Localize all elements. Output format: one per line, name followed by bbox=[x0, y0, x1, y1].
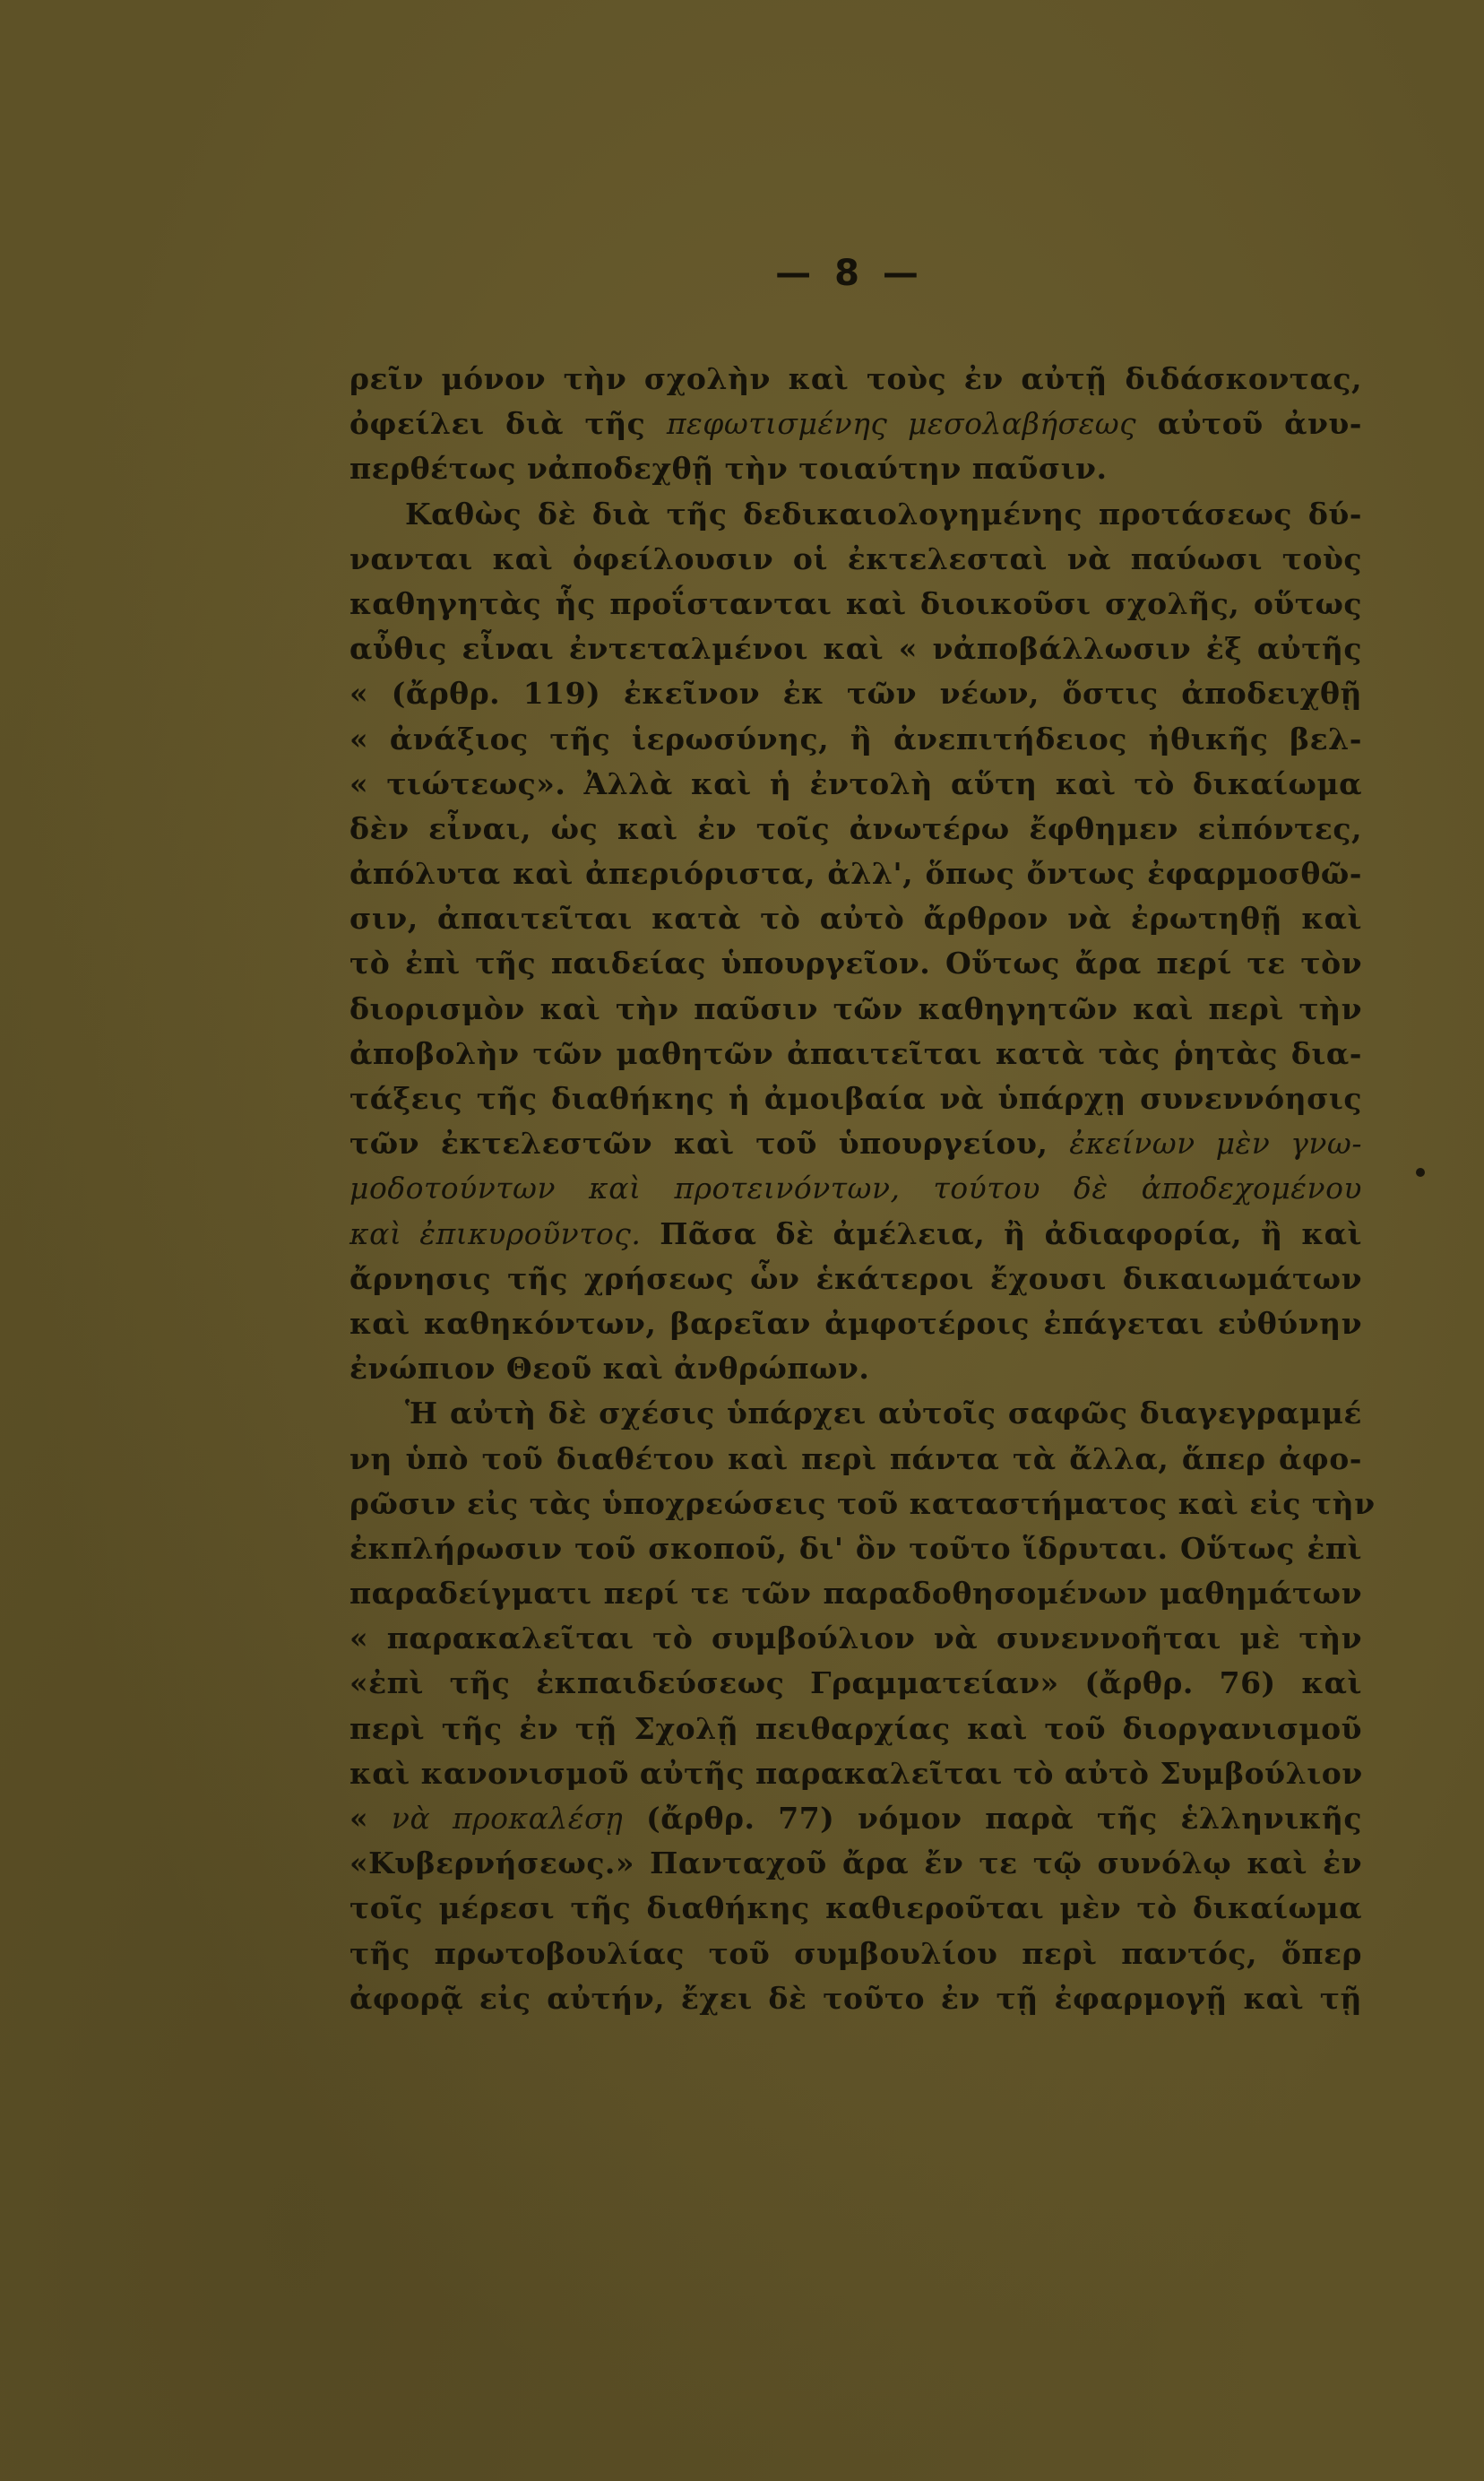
text-line: τῶν ἐκτελεστῶν καὶ τοῦ ὑπουργείου, ἐκείν… bbox=[349, 1121, 1362, 1166]
text-line: τῆς πρωτοβουλίας τοῦ συμβουλίου περὶ παν… bbox=[349, 1932, 1362, 1976]
text-line: περθέτως νἀποδεχθῇ τὴν τοιαύτην παῦσιν. bbox=[349, 446, 1362, 491]
text-line: δὲν εἶναι, ὡς καὶ ἐν τοῖς ἀνωτέρω ἔφθημε… bbox=[349, 807, 1362, 851]
italic-text-run: πεφωτισμένης μεσολαβήσεως bbox=[667, 406, 1136, 441]
text-line: αὖθις εἶναι ἐντεταλμένοι καὶ « νἀποβάλλω… bbox=[349, 627, 1362, 671]
text-line: ἀφορᾷ εἰς αὐτήν, ἔχει δὲ τοῦτο ἐν τῇ ἐφα… bbox=[349, 1976, 1362, 2021]
text-line: « νὰ προκαλέσῃ (ἄρθρ. 77) νόμον παρὰ τῆς… bbox=[349, 1796, 1362, 1841]
paragraph-start-line: Ἡ αὐτὴ δὲ σχέσις ὑπάρχει αὐτοῖς σαφῶς δι… bbox=[349, 1391, 1362, 1436]
paragraph-start-line: Καθὼς δὲ διὰ τῆς δεδικαιολογημένης προτά… bbox=[349, 492, 1362, 537]
text-line: ρεῖν μόνον τὴν σχολὴν καὶ τοὺς ἐν αὐτῇ δ… bbox=[349, 357, 1362, 402]
italic-text-run: νὰ προκαλέσῃ bbox=[392, 1801, 623, 1836]
text-line: τοῖς μέρεσι τῆς διαθήκης καθιεροῦται μὲν… bbox=[349, 1886, 1362, 1931]
text-line: καὶ ἐπικυροῦντος. Πᾶσα δὲ ἀμέλεια, ἢ ἀδι… bbox=[349, 1212, 1362, 1257]
page-number: — 8 — bbox=[0, 253, 1484, 294]
scanned-page: — 8 — ρεῖν μόνον τὴν σχολὴν καὶ τοὺς ἐν … bbox=[0, 0, 1484, 2481]
text-line: καὶ κανονισμοῦ αὐτῆς παρακαλεῖται τὸ αὐτ… bbox=[349, 1751, 1362, 1796]
text-line: ἄρνησις τῆς χρήσεως ὧν ἑκάτεροι ἔχουσι δ… bbox=[349, 1257, 1362, 1301]
italic-text-run: καὶ ἐπικυροῦντος. bbox=[349, 1216, 641, 1251]
text-line: «Κυβερνήσεως.» Πανταχοῦ ἄρα ἔν τε τῷ συν… bbox=[349, 1841, 1362, 1886]
text-line: καθηγητὰς ἧς προΐστανται καὶ διοικοῦσι σ… bbox=[349, 582, 1362, 627]
text-line: τὸ ἐπὶ τῆς παιδείας ὑπουργεῖον. Οὕτως ἄρ… bbox=[349, 941, 1362, 986]
ink-speck-mark bbox=[1416, 1168, 1425, 1177]
text-line: παραδείγματι περί τε τῶν παραδοθησομένων… bbox=[349, 1571, 1362, 1616]
text-line: «ἐπὶ τῆς ἐκπαιδεύσεως Γραμματείαν» (ἄρθρ… bbox=[349, 1661, 1362, 1706]
text-line: σιν, ἀπαιτεῖται κατὰ τὸ αὐτὸ ἄρθρον νὰ ἐ… bbox=[349, 896, 1362, 941]
italic-text-run: ἐκείνων μὲν γνω- bbox=[1069, 1126, 1362, 1161]
text-line: « ἀνάξιος τῆς ἱερωσύνης, ἢ ἀνεπιτήδειος … bbox=[349, 717, 1362, 762]
text-line: ἀποβολὴν τῶν μαθητῶν ἀπαιτεῖται κατὰ τὰς… bbox=[349, 1032, 1362, 1076]
text-line: « (ἄρθρ. 119) ἐκεῖνον ἐκ τῶν νέων, ὅστις… bbox=[349, 671, 1362, 716]
text-line: ἐκπλήρωσιν τοῦ σκοποῦ, δι' ὃν τοῦτο ἵδρυ… bbox=[349, 1526, 1362, 1571]
text-line: « παρακαλεῖται τὸ συμβούλιον νὰ συνεννοῆ… bbox=[349, 1616, 1362, 1661]
italic-text-run: μοδοτούντων καὶ προτεινόντων, τούτου δὲ … bbox=[349, 1171, 1362, 1206]
text-line: νανται καὶ ὀφείλουσιν οἱ ἐκτελεσταὶ νὰ π… bbox=[349, 537, 1362, 582]
text-run: (ἄρθρ. 77) νόμον παρὰ τῆς ἑλληνικῆς bbox=[623, 1801, 1362, 1836]
text-run: τῶν ἐκτελεστῶν καὶ τοῦ ὑπουργείου, bbox=[349, 1126, 1069, 1161]
text-line: ἐνώπιον Θεοῦ καὶ ἀνθρώπων. bbox=[349, 1346, 1362, 1391]
text-line: καὶ καθηκόντων, βαρεῖαν ἀμφοτέροις ἐπάγε… bbox=[349, 1301, 1362, 1346]
text-line: μοδοτούντων καὶ προτεινόντων, τούτου δὲ … bbox=[349, 1166, 1362, 1211]
text-line: « τιώτεως». Ἀλλὰ καὶ ἡ ἐντολὴ αὕτη καὶ τ… bbox=[349, 762, 1362, 807]
text-run: ὀφείλει διὰ τῆς bbox=[349, 406, 667, 441]
text-line: ἀπόλυτα καὶ ἀπεριόριστα, ἀλλ', ὅπως ὄντω… bbox=[349, 851, 1362, 896]
text-run: Πᾶσα δὲ ἀμέλεια, ἢ ἀδιαφορία, ἢ καὶ bbox=[641, 1216, 1362, 1251]
text-line: περὶ τῆς ἐν τῇ Σχολῇ πειθαρχίας καὶ τοῦ … bbox=[349, 1707, 1362, 1751]
text-run: αὐτοῦ ἀνυ- bbox=[1136, 406, 1362, 441]
text-line: ὀφείλει διὰ τῆς πεφωτισμένης μεσολαβήσεω… bbox=[349, 402, 1362, 446]
text-line: τάξεις τῆς διαθήκης ἡ ἀμοιβαία νὰ ὑπάρχῃ… bbox=[349, 1076, 1362, 1121]
text-line: ρῶσιν εἰς τὰς ὑποχρεώσεις τοῦ καταστήματ… bbox=[349, 1482, 1362, 1526]
text-line: νη ὑπὸ τοῦ διαθέτου καὶ περὶ πάντα τὰ ἄλ… bbox=[349, 1437, 1362, 1482]
text-line: διορισμὸν καὶ τὴν παῦσιν τῶν καθηγητῶν κ… bbox=[349, 987, 1362, 1032]
text-run: « bbox=[349, 1801, 392, 1836]
body-text: ρεῖν μόνον τὴν σχολὴν καὶ τοὺς ἐν αὐτῇ δ… bbox=[349, 357, 1362, 2021]
